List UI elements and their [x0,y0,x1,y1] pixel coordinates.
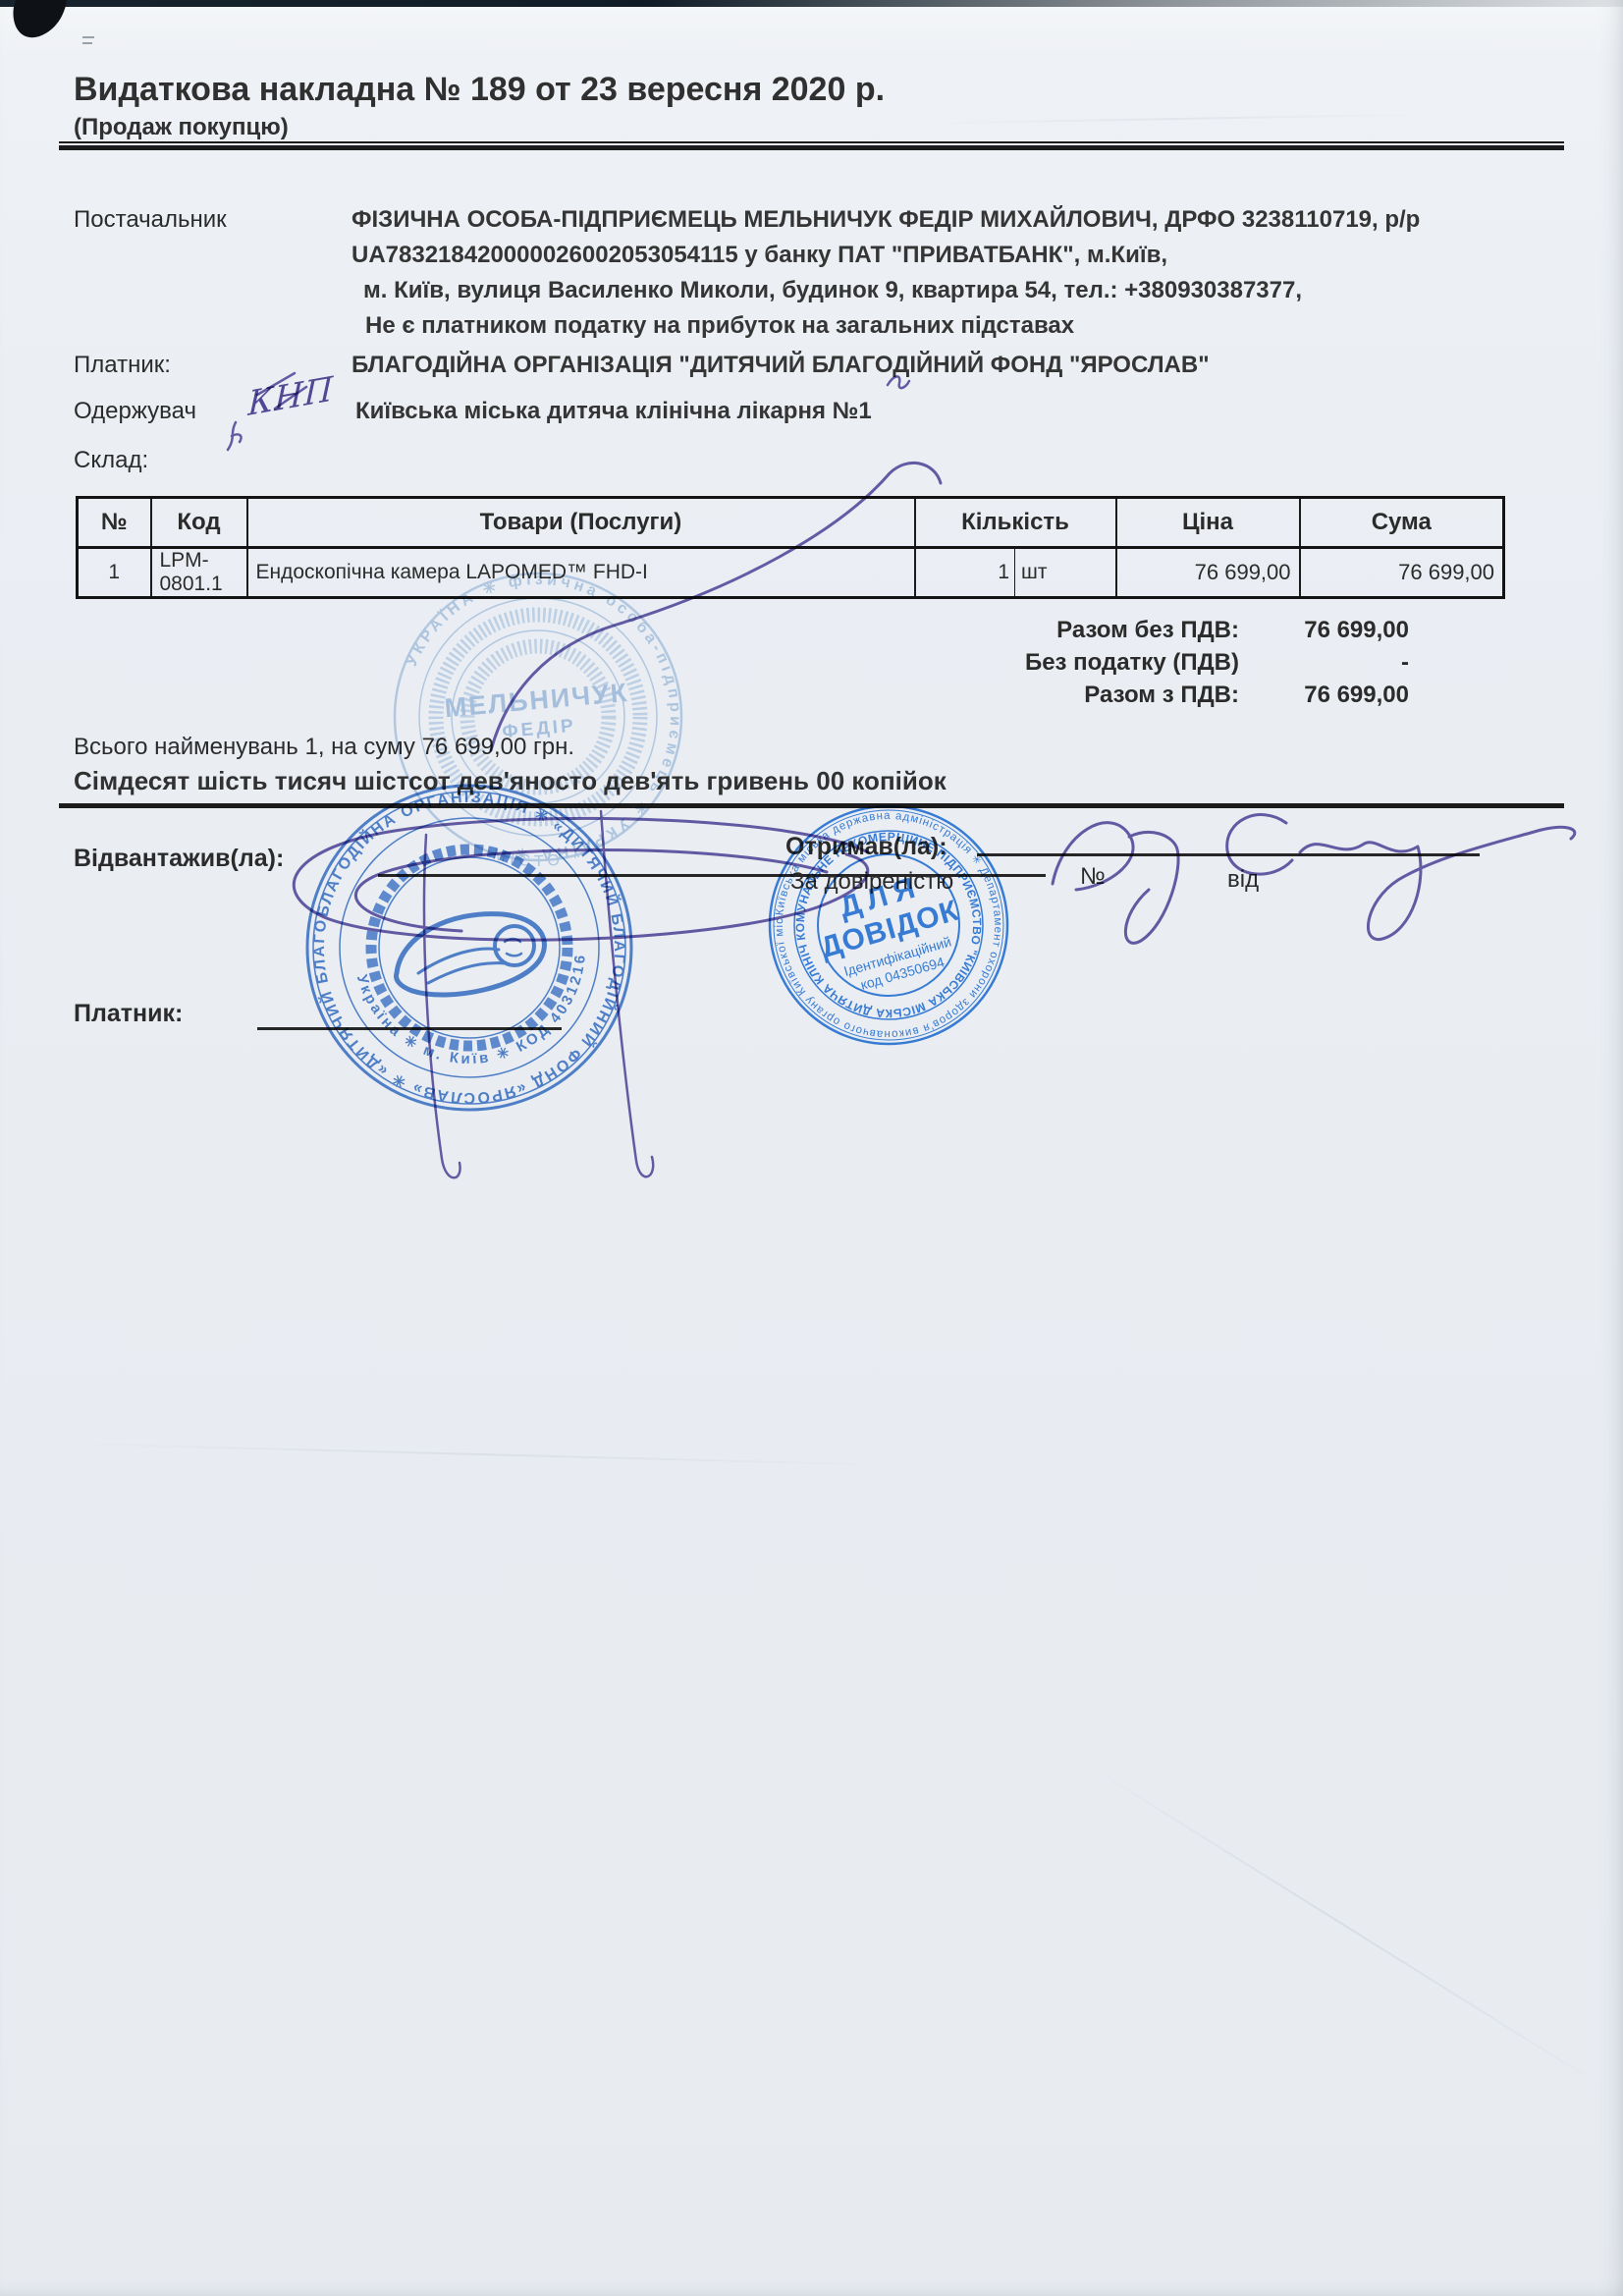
charity-stamp-inner-ring-text: Україна ✳ м. Київ ✳ КОД 40312168 [302,781,589,1067]
total-with-vat-value: 76 699,00 [1252,682,1409,709]
col-header-num: № [78,498,151,548]
header-rule-thin [59,141,1564,143]
total-no-vat-value: 76 699,00 [1252,617,1409,644]
signature-vertical-1 [424,835,460,1177]
summary-line: Всього найменувань 1, на суму 76 699,00 … [74,734,574,761]
col-header-goods: Товари (Послуги) [247,498,915,548]
scan-edge [0,0,1623,7]
received-signature-line [977,853,1480,856]
payer-value: БЛАГОДІЙНА ОРГАНІЗАЦІЯ "ДИТЯЧИЙ БЛАГОДІЙ… [352,352,1210,379]
payer-label: Платник: [74,352,171,379]
payer-signature-line [257,1027,562,1030]
charity-stamp-baby-emblem [397,914,545,995]
table-row: 1 LPM-0801.1 Ендоскопічна камера LAPOMED… [78,548,1504,598]
charity-stamp: БЛАГОДІЙНА ОРГАНІЗАЦІЯ ✳ «ДИТЯЧИЙ БЛАГОД… [302,781,636,1115]
cell-qty: 1 [915,548,1015,598]
cell-sum: 76 699,00 [1300,548,1504,598]
hospital-stamp-center3: Ідентифікаційний [842,933,953,979]
doc-number-label: № [1080,863,1106,891]
goods-table: № Код Товари (Послуги) Кількість Ціна Су… [76,496,1505,599]
received-label: Отримав(ла): [785,833,947,861]
payer-sign-label: Платник: [74,1000,183,1028]
cell-unit: шт [1015,548,1116,598]
hospital-stamp-center4: код 04350694 [859,954,947,993]
tick-mark-left [228,422,242,450]
goods-table-header-row: № Код Товари (Послуги) Кількість Ціна Су… [78,498,1504,548]
col-header-price: Ціна [1116,498,1300,548]
charity-stamp-outer-ring-text: БЛАГОДІЙНА ОРГАНІЗАЦІЯ ✳ «ДИТЯЧИЙ БЛАГОД… [302,781,636,1115]
fop-stamp: УКРАЇНА ✳ фізична особа-підприємець ✳ УК… [371,550,705,884]
supplier-line-2: UA783218420000026002053054115 у банку ПА… [352,242,1167,269]
total-no-vat-label: Разом без ПДВ: [1056,617,1239,644]
svg-text:МІСТО: МІСТО [491,847,566,870]
fop-stamp-bottom-text: МІСТО [491,847,566,870]
page-subtitle: (Продаж покупцю) [74,114,289,141]
fop-stamp-name1: МЕЛЬНИЧУК [444,678,630,723]
cell-price: 76 699,00 [1116,548,1300,598]
supplier-label: Постачальник [74,206,227,234]
scan-corner-mark [0,0,98,63]
col-header-qty: Кількість [915,498,1116,548]
ink-signatures [0,0,1623,2296]
supplier-line-4: Не є платником податку на прибуток на за… [365,312,1074,340]
col-header-sum: Сума [1300,498,1504,548]
page-title: Видаткова накладна № 189 от 23 вересня 2… [74,71,885,109]
total-vat-label: Без податку (ПДВ) [1025,649,1239,677]
supplier-line-3: м. Київ, вулиця Василенко Миколи, будино… [363,277,1302,304]
amount-in-words: Сімдесят шість тисяч шістсот дев'яносто … [74,766,947,796]
received-signature-main [1227,815,1575,940]
footer-rule [59,803,1564,808]
svg-text:Україна ✳ м. Київ ✳ КОД 403121: Україна ✳ м. Київ ✳ КОД 40312168 [302,781,589,1067]
total-with-vat-label: Разом з ПДВ: [1084,682,1239,709]
hospital-stamp-center2: ДОВІДОК [817,895,962,965]
cell-num: 1 [78,548,151,598]
receiver-value: Київська міська дитяча клінічна лікарня … [355,398,872,425]
shipped-label: Відвантажив(ла): [74,845,284,873]
cell-code: LPM-0801.1 [151,548,247,598]
scanned-invoice-page: Видаткова накладна № 189 от 23 вересня 2… [0,0,1623,2296]
doc-date-label: від [1227,866,1259,894]
received-signature-small [1053,823,1178,944]
supplier-line-1: ФІЗИЧНА ОСОБА-ПІДПРИЄМЕЦЬ МЕЛЬНИЧУК ФЕДІ… [352,206,1420,234]
header-rule-thick [59,145,1564,150]
signature-vertical-2 [601,811,653,1176]
total-vat-value: - [1252,649,1409,677]
signature-loop-inner [355,850,827,932]
receiver-handwritten-knp: КНП [247,369,335,424]
cell-goods: Ендоскопічна камера LAPOMED™ FHD-I [247,548,915,598]
fop-stamp-ring-text: УКРАЇНА ✳ фізична особа-підприємець ✳ УК… [371,550,705,884]
warehouse-label: Склад: [74,447,148,474]
svg-text:УКРАЇНА ✳ фізична особа-підп: УКРАЇНА ✳ фізична особа-підприємець ✳ УК… [371,550,705,884]
receiver-label: Одержувач [74,398,196,425]
col-header-code: Код [151,498,247,548]
svg-text:БЛАГОДІЙНА ОРГАНІЗАЦІЯ ✳ «ДИ: БЛАГОДІЙНА ОРГАНІЗАЦІЯ ✳ «ДИТЯЧИЙ БЛАГОД… [302,781,636,1115]
proxy-label: За довіреністю [790,868,953,896]
signature-loop-outer [294,818,868,940]
